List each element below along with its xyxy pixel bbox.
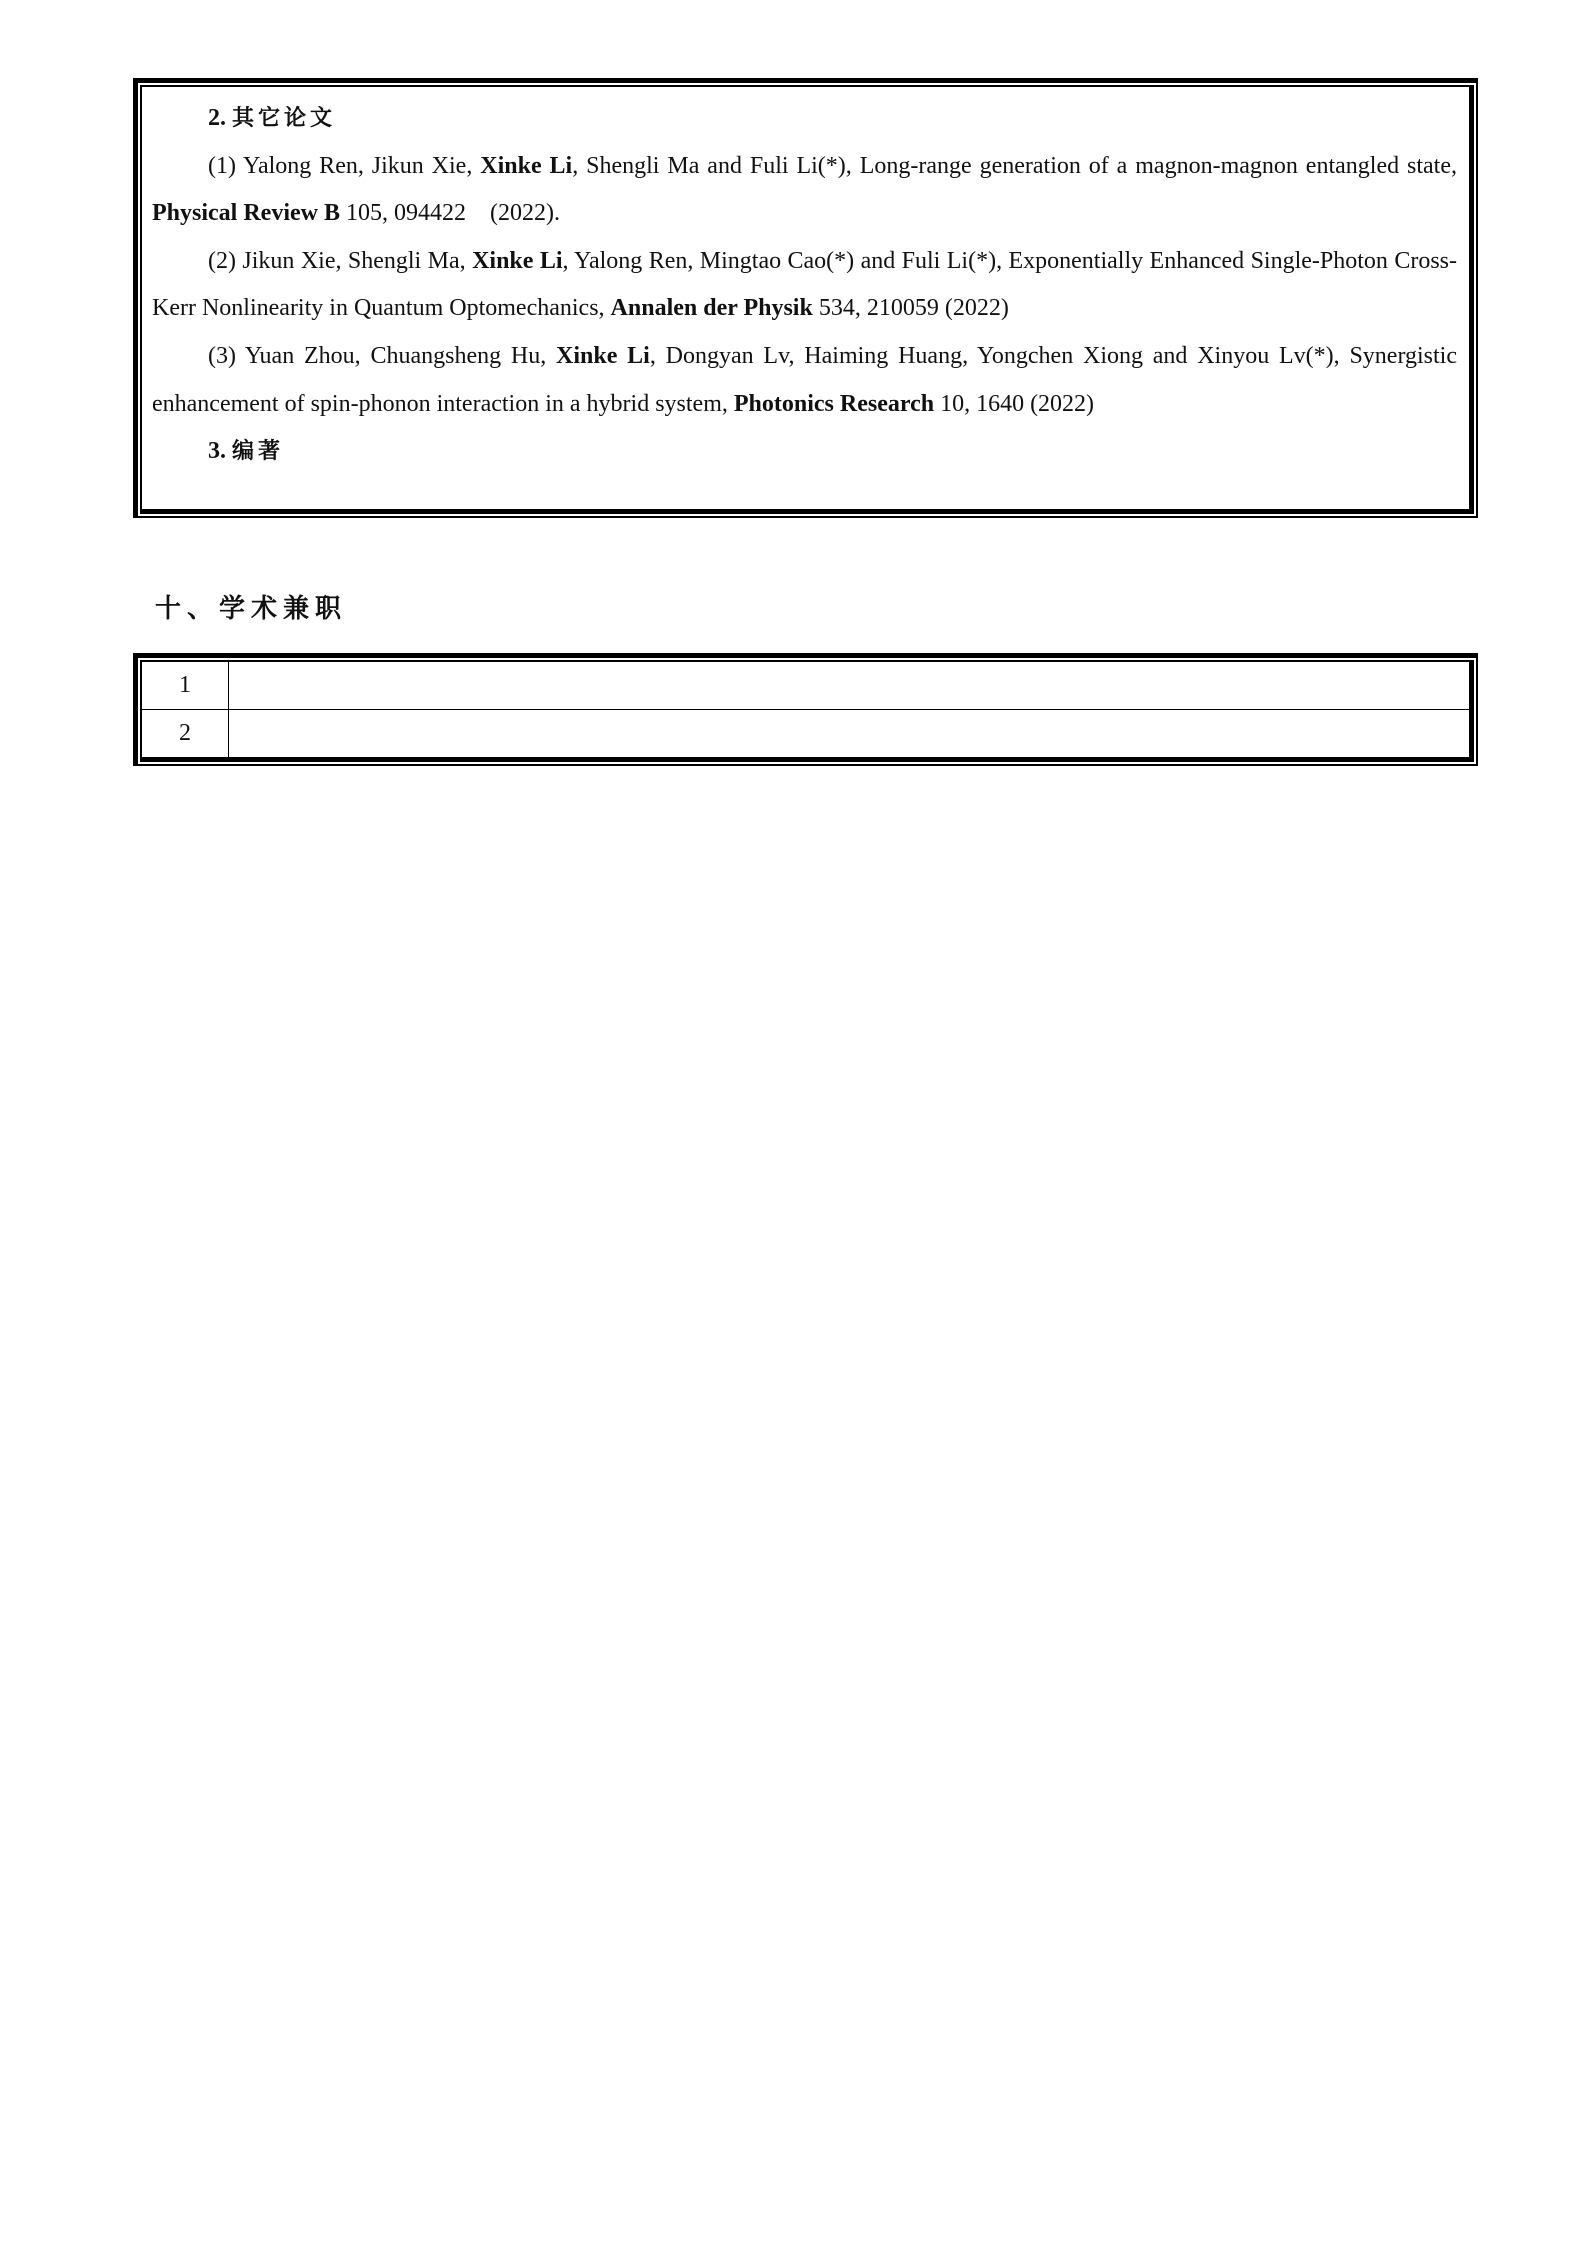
paper-details: 105, 094422 (2022). xyxy=(340,200,560,226)
paper-index: (2) xyxy=(208,248,236,274)
other-papers-box: 2. 其它论文 (1) Yalong Ren, Jikun Xie, Xinke… xyxy=(133,78,1478,518)
paper-authors-before: Yalong Ren, Jikun Xie, xyxy=(236,153,480,179)
paper-journal: Annalen der Physik xyxy=(611,295,813,321)
section-10-title: 十、学术兼职 xyxy=(155,588,347,625)
row-content xyxy=(229,710,1470,758)
paper-journal: Photonics Research xyxy=(734,391,934,417)
paper-title: , Shengli Ma and Fuli Li(*), Long-range … xyxy=(572,153,1457,179)
other-papers-heading-num: 2. xyxy=(208,105,226,131)
monographs-heading: 3. 编著 xyxy=(152,428,1457,476)
table-row: 2 xyxy=(142,710,1469,758)
monographs-heading-text: 编著 xyxy=(232,438,284,464)
paper-details: 534, 210059 (2022) xyxy=(813,295,1009,321)
paper-highlight-author: Xinke Li xyxy=(480,153,572,179)
row-number: 2 xyxy=(142,710,229,758)
other-papers-heading-text: 其它论文 xyxy=(232,105,336,131)
academic-posts-table: 1 2 xyxy=(142,662,1469,757)
academic-posts-table-inner: 1 2 xyxy=(140,660,1474,762)
paper-highlight-author: Xinke Li xyxy=(556,343,650,369)
paper-entry-3: (3) Yuan Zhou, Chuangsheng Hu, Xinke Li,… xyxy=(152,333,1457,428)
paper-entry-2: (2) Jikun Xie, Shengli Ma, Xinke Li, Yal… xyxy=(152,238,1457,333)
other-papers-box-inner: 2. 其它论文 (1) Yalong Ren, Jikun Xie, Xinke… xyxy=(140,85,1474,514)
monographs-heading-num: 3. xyxy=(208,438,226,464)
row-number: 1 xyxy=(142,662,229,710)
paper-authors-before: Yuan Zhou, Chuangsheng Hu, xyxy=(236,343,556,369)
paper-authors-before: Jikun Xie, Shengli Ma, xyxy=(236,248,472,274)
paper-entry-1: (1) Yalong Ren, Jikun Xie, Xinke Li, She… xyxy=(152,143,1457,238)
paper-details: 10, 1640 (2022) xyxy=(934,391,1094,417)
table-row: 1 xyxy=(142,662,1469,710)
paper-index: (3) xyxy=(208,343,236,369)
academic-posts-table-box: 1 2 xyxy=(133,653,1478,766)
paper-index: (1) xyxy=(208,153,236,179)
other-papers-heading: 2. 其它论文 xyxy=(152,95,1457,143)
paper-highlight-author: Xinke Li xyxy=(472,248,562,274)
paper-journal: Physical Review B xyxy=(152,200,340,226)
row-content xyxy=(229,662,1470,710)
